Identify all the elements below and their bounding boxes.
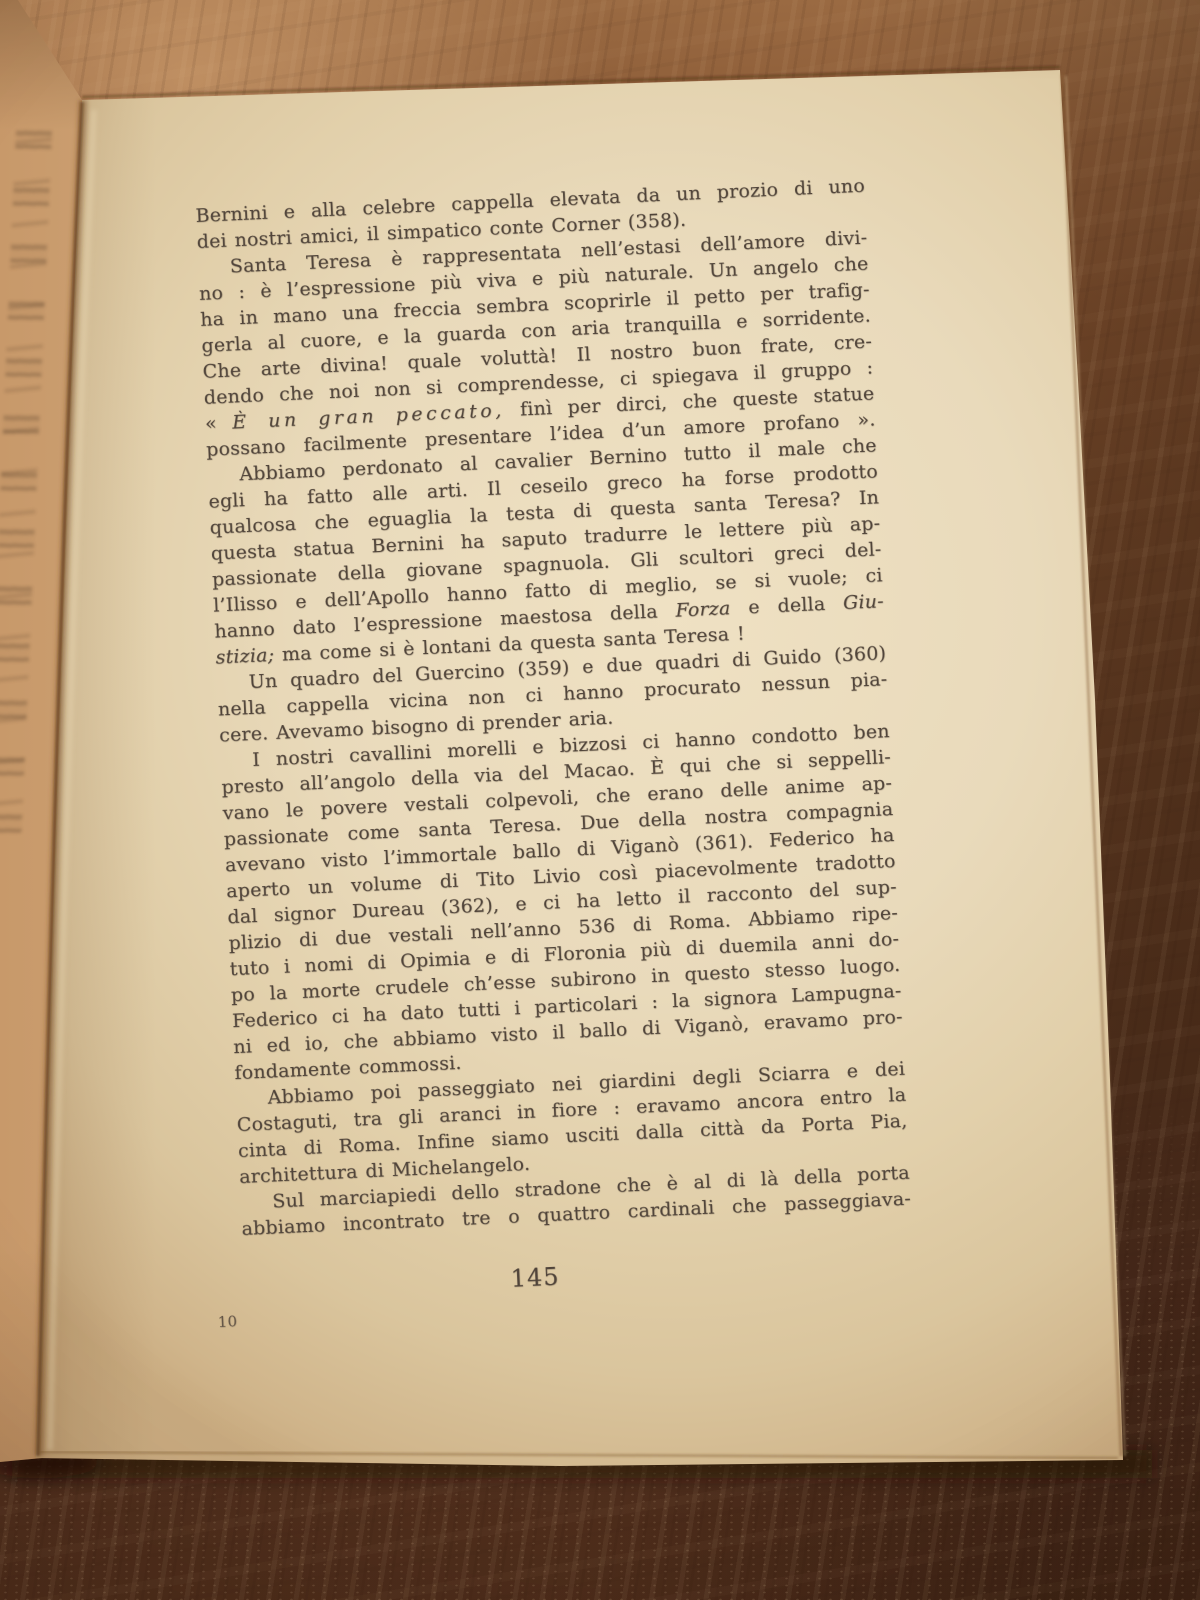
book-photo: Bernini e alla celebre cappella elevata …	[0, 0, 1200, 1600]
bottom-fore-edge-line	[40, 1452, 1118, 1458]
signature-mark: 10	[217, 1308, 238, 1335]
text-segment: e della	[730, 592, 844, 619]
text-segment-italic: stizia;	[215, 644, 275, 669]
top-edge-shadow-line	[82, 67, 1060, 97]
text-segment-italic: Forza	[675, 597, 731, 621]
page-text-block: Bernini e alla celebre cappella elevata …	[195, 173, 911, 1242]
right-fore-edge-line	[1062, 74, 1121, 1456]
text-segment-italic: Giu-	[843, 590, 885, 614]
right-fore-edge-highlight	[1066, 76, 1125, 1456]
gutter-seam-crease	[39, 100, 83, 1456]
text-segment: «	[205, 412, 233, 435]
